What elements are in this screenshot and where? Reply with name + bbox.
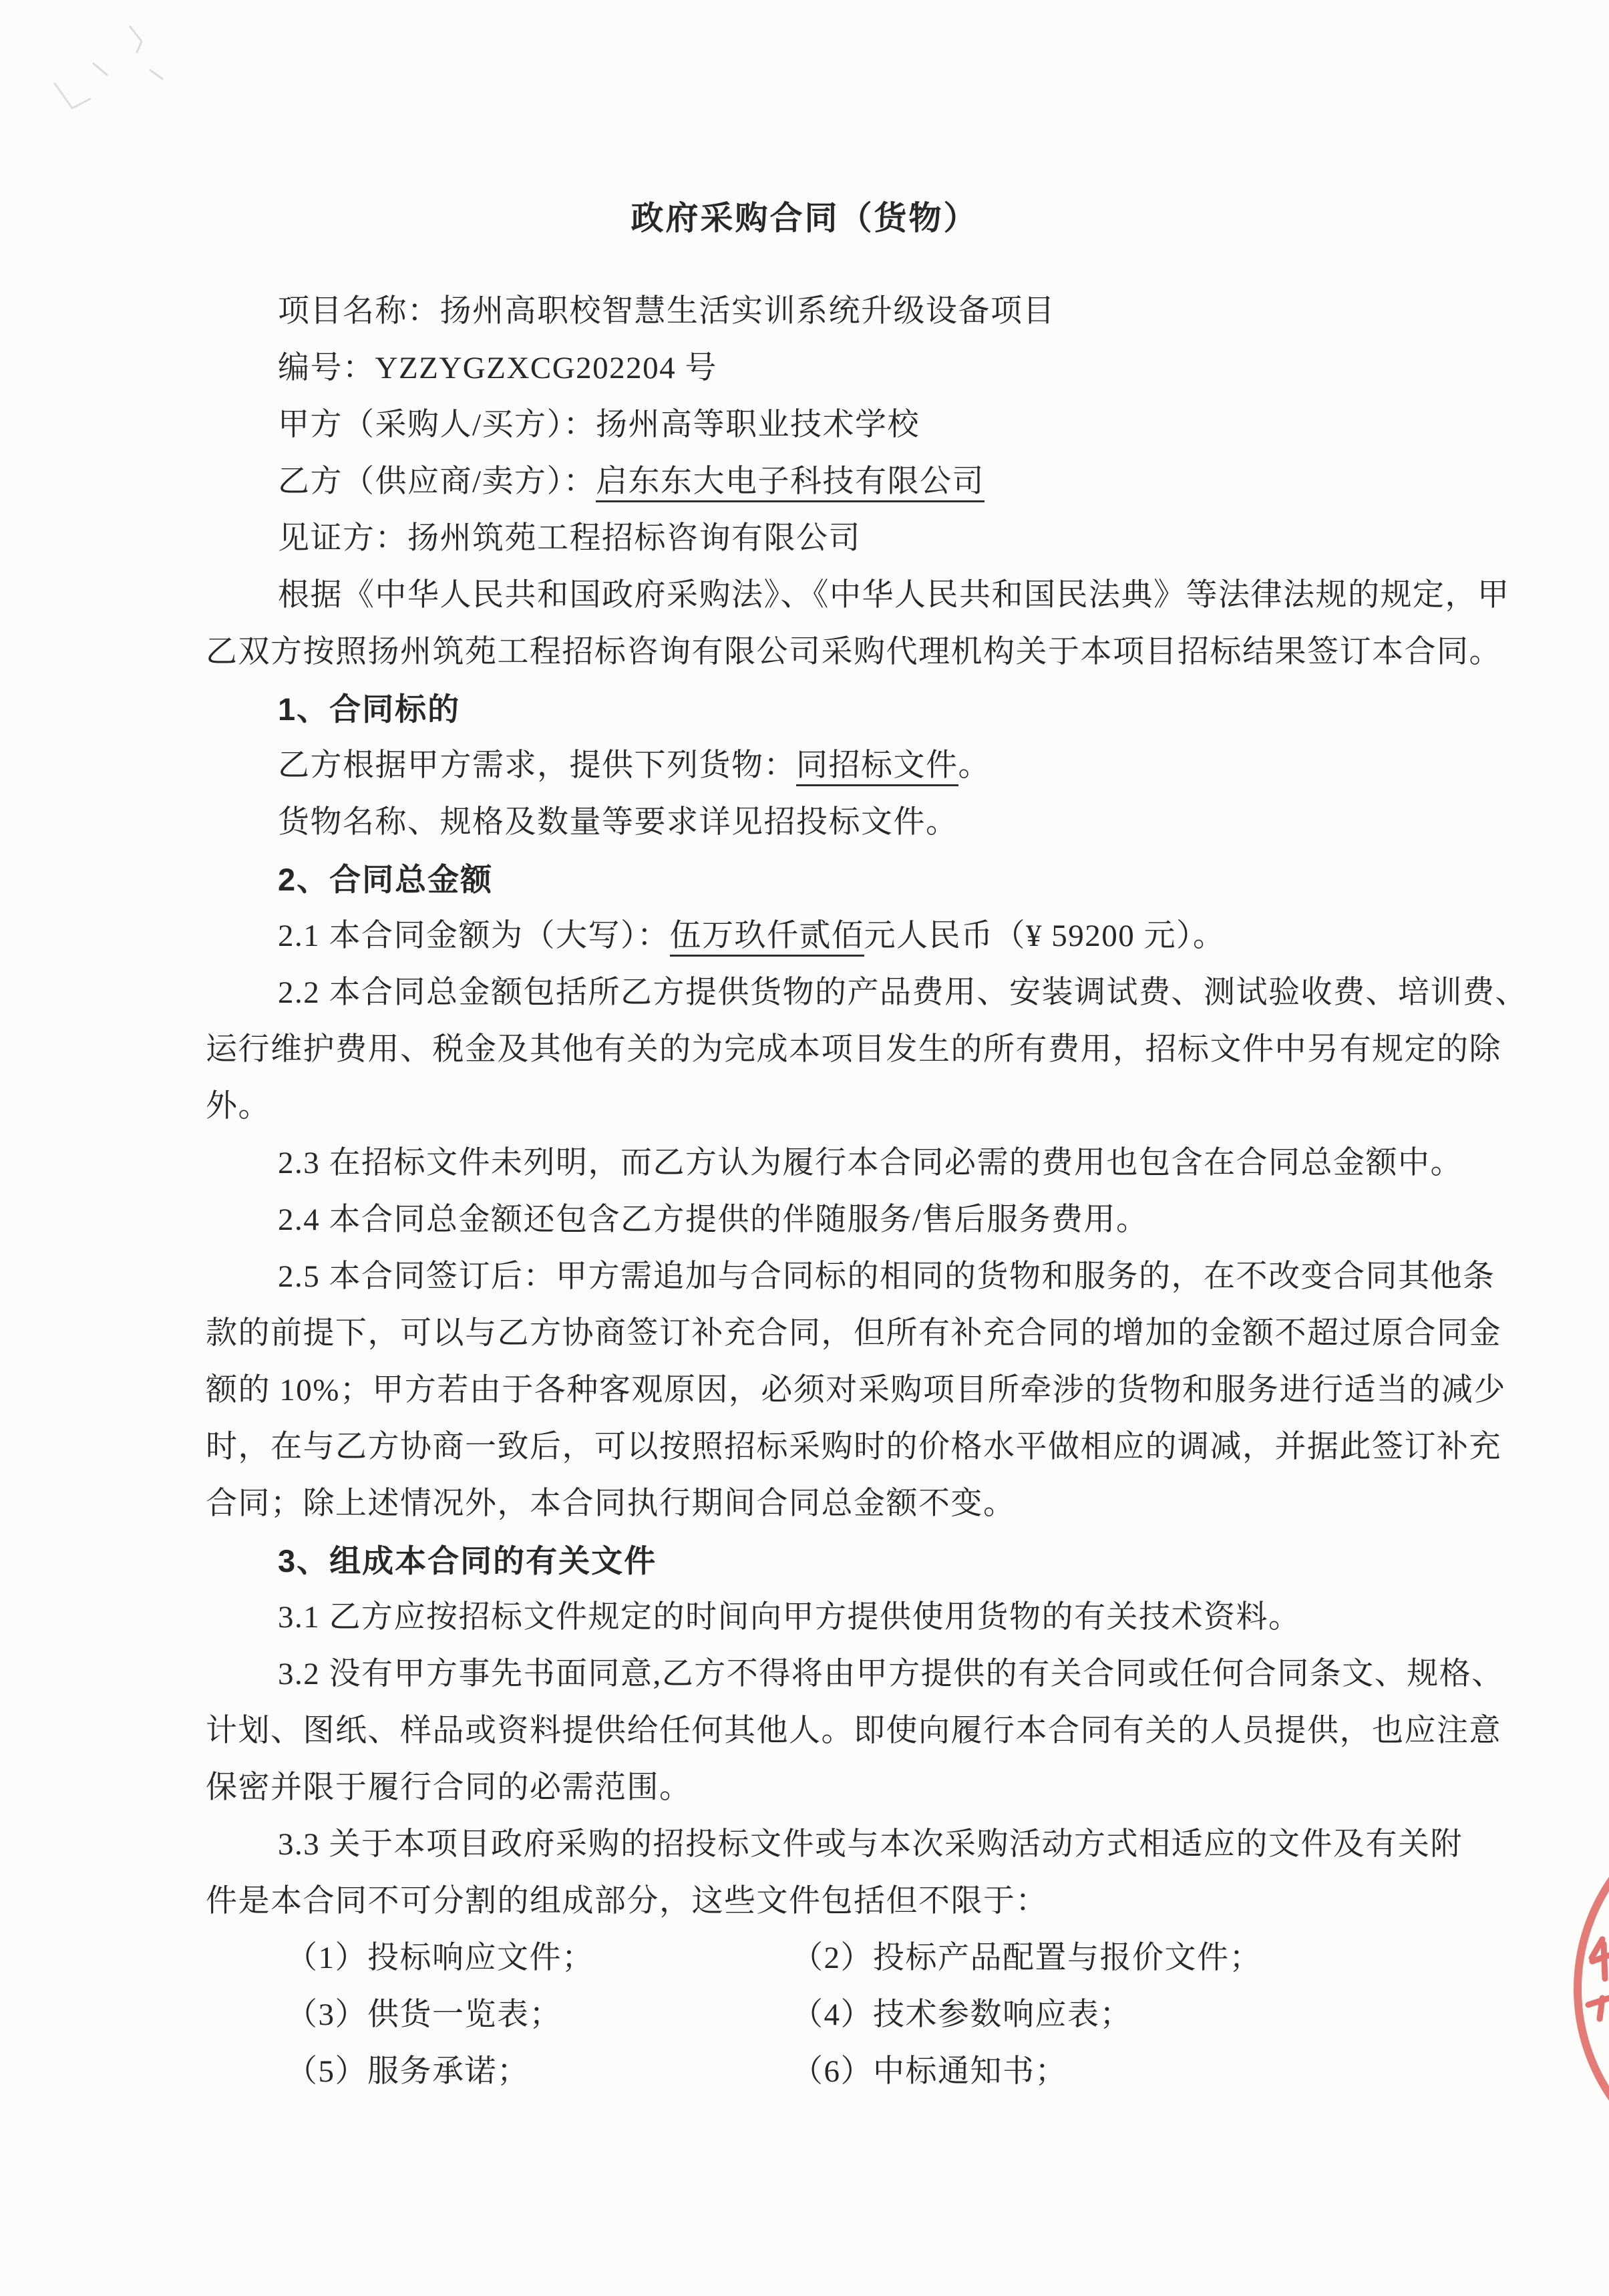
section-heading: 2、合同总金额 [206, 851, 1409, 908]
paragraph-line: 外。 [206, 1078, 1409, 1135]
text-run: 3、组成本合同的有关文件 [278, 1543, 657, 1579]
paragraph-line: 3.3 关于本项目政府采购的招投标文件或与本次采购活动方式相适应的文件及有关附 [206, 1816, 1409, 1873]
paragraph-line: 2.2 本合同总金额包括所乙方提供货物的产品费用、安装调试费、测试验收费、培训费… [206, 965, 1409, 1021]
text-run: 2、合同总金额 [278, 862, 493, 897]
seal-ring [1578, 1798, 1609, 2179]
paragraph-line: 项目名称：扬州高职校智慧生活实训系统升级设备项目 [206, 283, 1409, 340]
underlined-text: 同招标文件 [796, 748, 958, 786]
section-heading: 1、合同标的 [206, 681, 1409, 737]
paragraph-line: 2.5 本合同签订后：甲方需追加与合同标的相同的货物和服务的，在不改变合同其他条 [206, 1249, 1409, 1305]
text-run: 乙双方按照扬州筑苑工程招标咨询有限公司采购代理机构关于本项目招标结果签订本合同。 [206, 635, 1501, 669]
text-run: 运行维护费用、税金及其他有关的为完成本项目发生的所有费用，招标文件中另有规定的除 [206, 1032, 1501, 1067]
paragraph-line: 额的 10%；甲方若由于各种客观原因，必须对采购项目所牵涉的货物和服务进行适当的… [206, 1362, 1409, 1419]
list-item: （6）中标通知书； [791, 2043, 1067, 2100]
paragraph-line: 乙方根据甲方需求，提供下列货物：同招标文件。 [206, 737, 1409, 794]
text-run: 计划、图纸、样品或资料提供给任何其他人。即使向履行本合同有关的人员提供，也应注意 [206, 1713, 1501, 1748]
paragraph-line: 合同；除上述情况外，本合同执行期间合同总金额不变。 [206, 1476, 1409, 1532]
list-item: （5）服务承诺； [286, 2043, 791, 2100]
paragraph-line: 计划、图纸、样品或资料提供给任何其他人。即使向履行本合同有关的人员提供，也应注意 [206, 1703, 1409, 1760]
paragraph-line: 货物名称、规格及数量等要求详见招投标文件。 [206, 794, 1409, 851]
list-row: （5）服务承诺；（6）中标通知书； [206, 2043, 1409, 2100]
text-run: 元人民币（¥ 59200 元）。 [864, 919, 1226, 953]
text-run: 2.4 本合同总金额还包含乙方提供的伴随服务/售后服务费用。 [278, 1202, 1149, 1237]
paragraph-line: 根据《中华人民共和国政府采购法》、《中华人民共和国民法典》等法律法规的规定，甲 [206, 567, 1409, 624]
paragraph-line: 2.4 本合同总金额还包含乙方提供的伴随服务/售后服务费用。 [206, 1192, 1409, 1249]
text-run: 2.2 本合同总金额包括所乙方提供货物的产品费用、安装调试费、测试验收费、培训费… [278, 975, 1528, 1010]
paragraph-line: 甲方（采购人/买方）：扬州高等职业技术学校 [206, 397, 1409, 454]
underlined-text: 伍万玖仟贰佰 [670, 919, 864, 957]
paragraph-line: 见证方：扬州筑苑工程招标咨询有限公司 [206, 510, 1409, 567]
seal-character-fragments [1588, 1939, 1609, 2019]
text-run: 款的前提下，可以与乙方协商签订补充合同，但所有补充合同的增加的金额不超过原合同金 [206, 1316, 1501, 1351]
paragraph-line: 运行维护费用、税金及其他有关的为完成本项目发生的所有费用，招标文件中另有规定的除 [206, 1021, 1409, 1078]
list-item: （1）投标响应文件； [286, 1930, 791, 1987]
section-heading: 3、组成本合同的有关文件 [206, 1532, 1409, 1589]
list-item: （2）投标产品配置与报价文件； [791, 1930, 1262, 1987]
text-run: 甲方（采购人/买方）：扬州高等职业技术学校 [278, 407, 920, 442]
text-run: 3.3 关于本项目政府采购的招投标文件或与本次采购活动方式相适应的文件及有关附 [278, 1827, 1463, 1862]
paragraph-line: 款的前提下，可以与乙方协商签订补充合同，但所有补充合同的增加的金额不超过原合同金 [206, 1305, 1409, 1362]
paragraph-line: 保密并限于履行合同的必需范围。 [206, 1760, 1409, 1816]
paragraph-line: 编号：YZZYGZXCG202204 号 [206, 340, 1409, 397]
text-run: 见证方：扬州筑苑工程招标咨询有限公司 [278, 521, 861, 556]
text-run: 2.3 在招标文件未列明，而乙方认为履行本合同必需的费用也包含在合同总金额中。 [278, 1146, 1463, 1180]
document-body: 项目名称：扬州高职校智慧生活实训系统升级设备项目编号：YZZYGZXCG2022… [206, 283, 1409, 2100]
text-run: 合同；除上述情况外，本合同执行期间合同总金额不变。 [206, 1486, 1016, 1521]
text-run: 额的 10%；甲方若由于各种客观原因，必须对采购项目所牵涉的货物和服务进行适当的… [206, 1373, 1506, 1408]
text-run: 编号：YZZYGZXCG202204 号 [278, 351, 717, 385]
text-run: 时，在与乙方协商一致后，可以按照招标采购时的价格水平做相应的调减，并据此签订补充 [206, 1430, 1501, 1464]
list-item: （3）供货一览表； [286, 1987, 791, 2043]
paragraph-line: 时，在与乙方协商一致后，可以按照招标采购时的价格水平做相应的调减，并据此签订补充 [206, 1419, 1409, 1476]
text-run: 1、合同标的 [278, 691, 460, 727]
text-run: 2.5 本合同签订后：甲方需追加与合同标的相同的货物和服务的，在不改变合同其他条 [278, 1259, 1495, 1294]
paragraph-line: 件是本合同不可分割的组成部分，这些文件包括但不限于： [206, 1873, 1409, 1930]
text-run: 货物名称、规格及数量等要求详见招投标文件。 [278, 805, 958, 840]
scan-artifact [55, 27, 162, 108]
list-row: （3）供货一览表；（4）技术参数响应表； [206, 1987, 1409, 2043]
text-run: 件是本合同不可分割的组成部分，这些文件包括但不限于： [206, 1884, 1048, 1919]
text-run: 保密并限于履行合同的必需范围。 [206, 1770, 692, 1805]
text-run: 乙方根据甲方需求，提供下列货物： [278, 748, 796, 783]
text-run: 2.1 本合同金额为（大写）： [278, 919, 670, 953]
page-title: 政府采购合同（货物） [0, 188, 1609, 249]
underlined-text: 启东东大电子科技有限公司 [596, 464, 985, 502]
text-run: 。 [958, 748, 991, 783]
list-row: （1）投标响应文件；（2）投标产品配置与报价文件； [206, 1930, 1409, 1987]
paragraph-line: 乙方（供应商/卖方）：启东东大电子科技有限公司 [206, 454, 1409, 510]
contract-page: 政府采购合同（货物） 项目名称：扬州高职校智慧生活实训系统升级设备项目编号：YZ… [0, 0, 1609, 2296]
text-run: 根据《中华人民共和国政府采购法》、《中华人民共和国民法典》等法律法规的规定，甲 [278, 578, 1510, 613]
paragraph-line: 乙双方按照扬州筑苑工程招标咨询有限公司采购代理机构关于本项目招标结果签订本合同。 [206, 624, 1409, 681]
paragraph-line: 3.1 乙方应按招标文件规定的时间向甲方提供使用货物的有关技术资料。 [206, 1589, 1409, 1646]
text-run: 3.1 乙方应按招标文件规定的时间向甲方提供使用货物的有关技术资料。 [278, 1600, 1301, 1635]
text-run: 乙方（供应商/卖方）： [278, 464, 596, 499]
paragraph-line: 2.1 本合同金额为（大写）：伍万玖仟贰佰元人民币（¥ 59200 元）。 [206, 908, 1409, 965]
paragraph-line: 3.2 没有甲方事先书面同意,乙方不得将由甲方提供的有关合同或任何合同条文、规格… [206, 1646, 1409, 1703]
text-run: 外。 [206, 1089, 271, 1124]
text-run: 项目名称：扬州高职校智慧生活实训系统升级设备项目 [278, 294, 1055, 329]
list-item: （4）技术参数响应表； [791, 1987, 1132, 2043]
paragraph-line: 2.3 在招标文件未列明，而乙方认为履行本合同必需的费用也包含在合同总金额中。 [206, 1135, 1409, 1192]
text-run: 3.2 没有甲方事先书面同意,乙方不得将由甲方提供的有关合同或任何合同条文、规格… [278, 1657, 1504, 1691]
